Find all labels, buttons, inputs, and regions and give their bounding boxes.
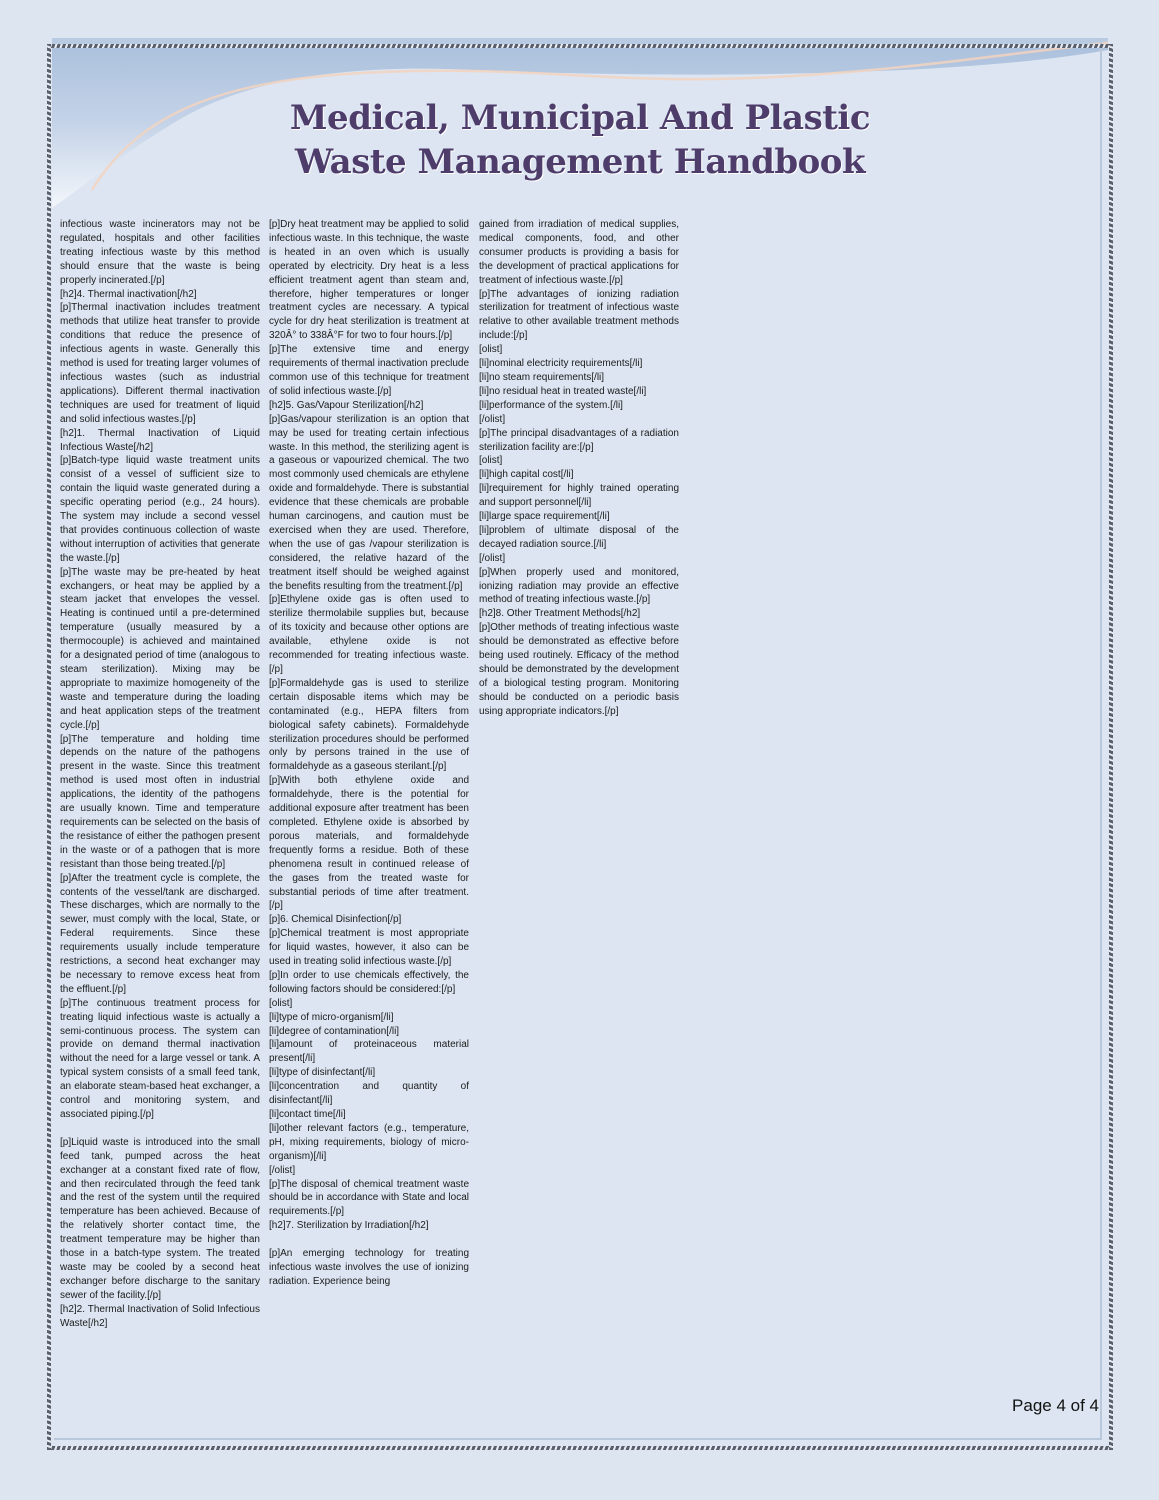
list-item: [li]amount of proteinaceous material pre… (269, 1038, 469, 1066)
title-line-2: Waste Management Handbook (230, 140, 930, 184)
paragraph: infectious waste incinerators may not be… (60, 218, 260, 288)
paragraph: [p]The continuous treatment process for … (60, 997, 260, 1122)
frame-border-top (47, 44, 1113, 48)
section-heading: [h2]7. Sterilization by Irradiation[/h2] (269, 1219, 469, 1233)
list-item: [li]performance of the system.[/li] (479, 399, 679, 413)
list-item: [li]no residual heat in treated waste[/l… (479, 385, 679, 399)
paragraph: [p]An emerging technology for treating i… (269, 1247, 469, 1289)
paragraph: [p]Other methods of treating infectious … (479, 621, 679, 718)
paragraph: [p]After the treatment cycle is complete… (60, 872, 260, 997)
section-heading: [h2]2. Thermal Inactivation of Solid Inf… (60, 1303, 260, 1331)
paragraph: [p]The temperature and holding time depe… (60, 733, 260, 872)
paragraph: [/olist] (269, 1164, 469, 1178)
list-item: [li]contact time[/li] (269, 1108, 469, 1122)
paragraph: [p]With both ethylene oxide and formalde… (269, 774, 469, 913)
paragraph: [p]In order to use chemicals effectively… (269, 969, 469, 997)
paragraph: [p]The disposal of chemical treatment wa… (269, 1178, 469, 1220)
paragraph: [olist] (269, 997, 469, 1011)
paragraph-spacer (269, 1233, 469, 1247)
section-heading: [h2]4. Thermal inactivation[/h2] (60, 288, 260, 302)
list-item: [li]type of disinfectant[/li] (269, 1066, 469, 1080)
paragraph: [olist] (479, 343, 679, 357)
list-item: [li]concentration and quantity of disinf… (269, 1080, 469, 1108)
text-column-1: infectious waste incinerators may not be… (60, 218, 260, 1330)
section-heading: [h2]8. Other Treatment Methods[/h2] (479, 607, 679, 621)
paragraph: gained from irradiation of medical suppl… (479, 218, 679, 288)
title-line-1: Medical, Municipal And Plastic (230, 96, 930, 140)
section-heading: [h2]1. Thermal Inactivation of Liquid In… (60, 427, 260, 455)
list-item: [li]type of micro-organism[/li] (269, 1011, 469, 1025)
paragraph: [p]Ethylene oxide gas is often used to s… (269, 593, 469, 676)
paragraph: [p]Formaldehyde gas is used to sterilize… (269, 677, 469, 774)
frame-border-left (47, 44, 51, 1450)
paragraph: [p]Liquid waste is introduced into the s… (60, 1136, 260, 1303)
paragraph: [p]The waste may be pre-heated by heat e… (60, 566, 260, 733)
paragraph: [p]The principal disadvantages of a radi… (479, 427, 679, 455)
list-item: [li]large space requirement[/li] (479, 510, 679, 524)
list-item: [li]no steam requirements[/li] (479, 371, 679, 385)
paragraph: [/olist] (479, 552, 679, 566)
list-item: [li]problem of ultimate disposal of the … (479, 524, 679, 552)
paragraph: [p]When properly used and monitored, ion… (479, 566, 679, 608)
paragraph: [p]The extensive time and energy require… (269, 343, 469, 399)
page-number: Page 4 of 4 (960, 1396, 1099, 1416)
paragraph: [p]Batch-type liquid waste treatment uni… (60, 454, 260, 565)
paragraph-spacer (60, 1122, 260, 1136)
paragraph: [olist] (479, 454, 679, 468)
list-item: [li]nominal electricity requirements[/li… (479, 357, 679, 371)
paragraph: [p]6. Chemical Disinfection[/p] (269, 913, 469, 927)
paragraph: [/olist] (479, 413, 679, 427)
document-title: Medical, Municipal And Plastic Waste Man… (230, 96, 930, 184)
frame-border-right (1109, 44, 1113, 1450)
paragraph: [p]Gas/vapour sterilization is an option… (269, 413, 469, 594)
paragraph: [p]Chemical treatment is most appropriat… (269, 927, 469, 969)
text-column-3: gained from irradiation of medical suppl… (479, 218, 679, 719)
list-item: [li]requirement for highly trained opera… (479, 482, 679, 510)
section-heading: [h2]5. Gas/Vapour Sterilization[/h2] (269, 399, 469, 413)
list-item: [li]high capital cost[/li] (479, 468, 679, 482)
paragraph: [p]Thermal inactivation includes treatme… (60, 301, 260, 426)
paragraph: [p]The advantages of ionizing radiation … (479, 288, 679, 344)
list-item: [li]other relevant factors (e.g., temper… (269, 1122, 469, 1164)
text-column-2: [p]Dry heat treatment may be applied to … (269, 218, 469, 1289)
frame-border-bottom (47, 1446, 1113, 1450)
paragraph: [p]Dry heat treatment may be applied to … (269, 218, 469, 343)
list-item: [li]degree of contamination[/li] (269, 1025, 469, 1039)
